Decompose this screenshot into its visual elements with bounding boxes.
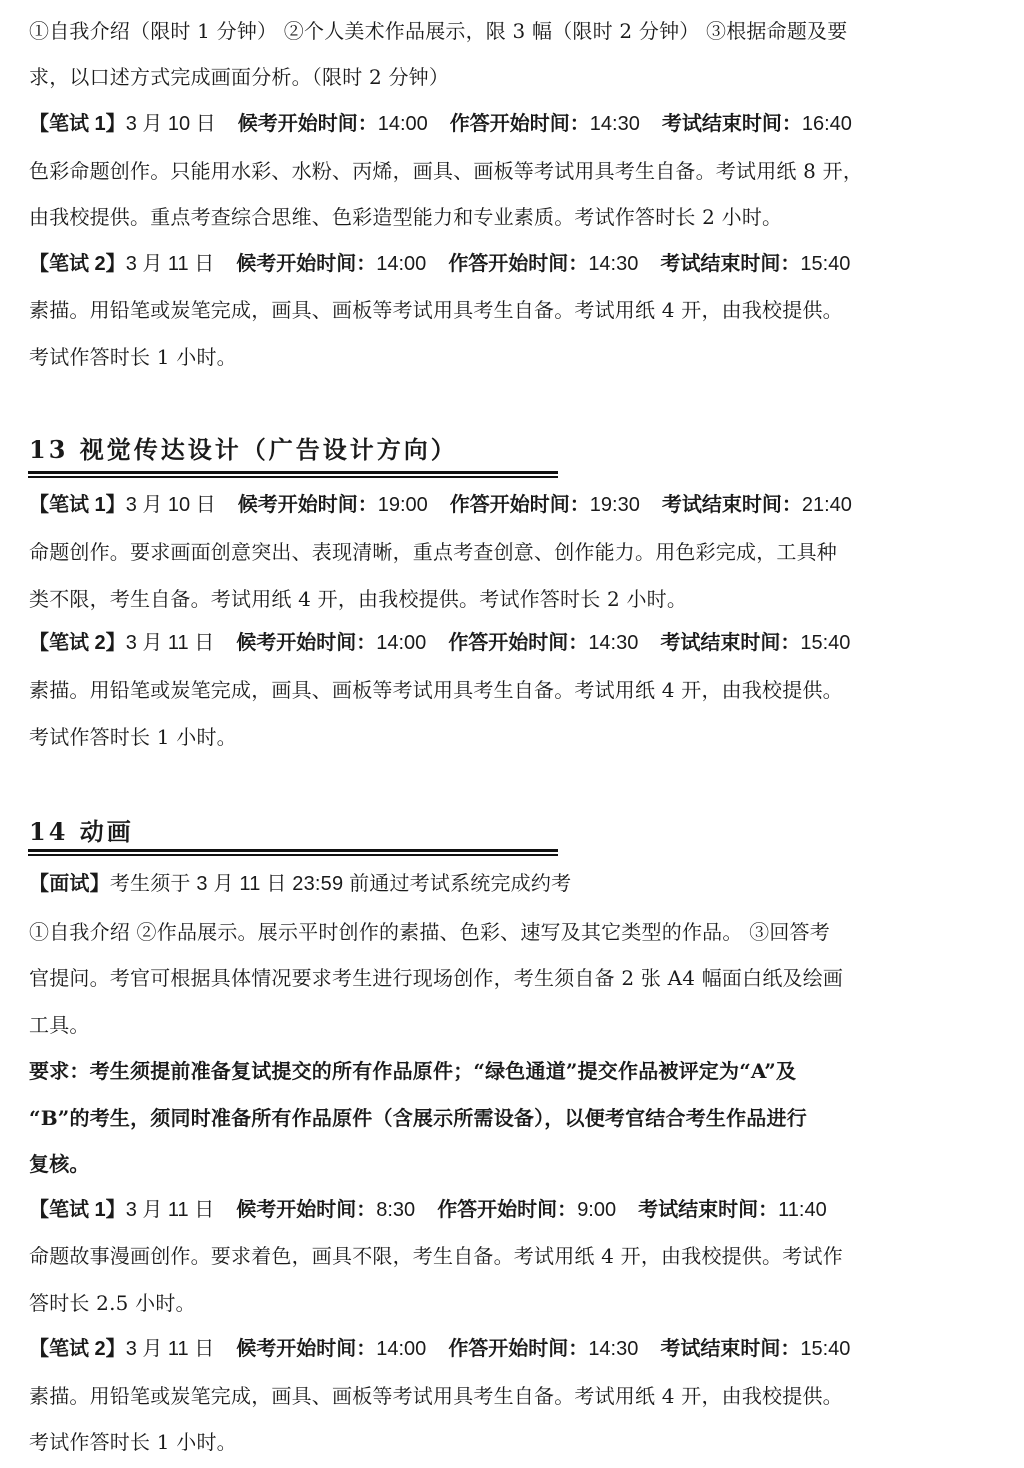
exam-end-time: 11:40 <box>778 1199 827 1221</box>
exam-schedule-row: 【笔试 2】3 月 11 日候考开始时间：14:00作答开始时间：14:30考试… <box>29 1335 995 1363</box>
exam-schedule-row: 【笔试 2】3 月 11 日候考开始时间：14:00作答开始时间：14:30考试… <box>29 629 995 657</box>
heading-underline <box>28 849 558 856</box>
document-page: ①自我介绍（限时 1 分钟） ②个人美术作品展示，限 3 幅（限时 2 分钟） … <box>0 0 1024 1468</box>
answer-start-time: 14:30 <box>588 632 638 654</box>
answer-start-label: 作答开始时间： <box>448 253 588 275</box>
requirement-line: 要求：考生须提前准备复试提交的所有作品原件；“绿色通道”提交作品被评定为“A”及 <box>29 1057 995 1085</box>
answer-start-label: 作答开始时间： <box>450 494 590 516</box>
wait-start-label: 候考开始时间： <box>236 253 376 275</box>
interview-items-line: ①自我介绍（限时 1 分钟） ②个人美术作品展示，限 3 幅（限时 2 分钟） … <box>29 17 995 45</box>
exam-schedule-row: 【笔试 1】3 月 10 日候考开始时间：19:00作答开始时间：19:30考试… <box>29 491 995 519</box>
exam-description-line: 答时长 2.5 小时。 <box>29 1289 995 1317</box>
exam-schedule-row: 【笔试 2】3 月 11 日候考开始时间：14:00作答开始时间：14:30考试… <box>29 250 995 278</box>
interview-items-line: ①自我介绍 ②作品展示。展示平时创作的素描、色彩、速写及其它类型的作品。 ③回答… <box>29 918 995 946</box>
interview-items-line: 官提问。考官可根据具体情况要求考生进行现场创作，考生须自备 2 张 A4 幅面白… <box>29 964 995 992</box>
exam-description-line: 考试作答时长 1 小时。 <box>29 343 995 371</box>
exam-date: 3 月 11 日 <box>126 253 215 275</box>
exam-tag: 【笔试 1】 <box>29 113 126 135</box>
exam-date: 3 月 11 日 <box>126 632 215 654</box>
wait-start-time: 14:00 <box>376 632 426 654</box>
section-heading: 13 视觉传达设计（广告设计方向） <box>29 433 458 467</box>
answer-start-label: 作答开始时间： <box>450 113 590 135</box>
heading-underline <box>28 471 558 478</box>
exam-description-line: 色彩命题创作。只能用水彩、水粉、丙烯，画具、画板等考试用具考生自备。考试用纸 8… <box>29 157 995 185</box>
answer-start-time: 19:30 <box>590 494 640 516</box>
section-heading: 14 动画 <box>29 815 134 849</box>
answer-start-label: 作答开始时间： <box>448 1338 588 1360</box>
exam-tag: 【笔试 1】 <box>29 1199 126 1221</box>
interview-items-line: 求，以口述方式完成画面分析。（限时 2 分钟） <box>29 63 995 91</box>
exam-date: 3 月 10 日 <box>126 113 216 135</box>
wait-start-time: 19:00 <box>378 494 428 516</box>
wait-start-label: 候考开始时间： <box>236 632 376 654</box>
answer-start-time: 14:30 <box>588 1338 638 1360</box>
exam-end-time: 16:40 <box>802 113 852 135</box>
exam-schedule-row: 【笔试 1】3 月 11 日候考开始时间：8:30作答开始时间：9:00考试结束… <box>29 1196 995 1224</box>
answer-start-label: 作答开始时间： <box>437 1199 577 1221</box>
answer-start-time: 9:00 <box>577 1199 616 1221</box>
exam-end-label: 考试结束时间： <box>662 494 802 516</box>
exam-tag: 【笔试 2】 <box>29 253 126 275</box>
wait-start-time: 14:00 <box>376 253 426 275</box>
wait-start-label: 候考开始时间： <box>236 1338 376 1360</box>
exam-end-time: 15:40 <box>800 632 850 654</box>
exam-end-time: 15:40 <box>800 1338 850 1360</box>
wait-start-time: 8:30 <box>376 1199 415 1221</box>
answer-start-time: 14:30 <box>588 253 638 275</box>
exam-description-line: 素描。用铅笔或炭笔完成，画具、画板等考试用具考生自备。考试用纸 4 开，由我校提… <box>29 1382 995 1410</box>
wait-start-label: 候考开始时间： <box>238 113 378 135</box>
exam-end-label: 考试结束时间： <box>662 113 802 135</box>
wait-start-time: 14:00 <box>376 1338 426 1360</box>
exam-description-line: 考试作答时长 1 小时。 <box>29 1428 995 1456</box>
exam-tag: 【笔试 2】 <box>29 632 126 654</box>
exam-schedule-row: 【笔试 1】3 月 10 日候考开始时间：14:00作答开始时间：14:30考试… <box>29 110 995 138</box>
exam-description-line: 考试作答时长 1 小时。 <box>29 723 995 751</box>
interview-note: 考生须于 3 月 11 日 23:59 前通过考试系统完成约考 <box>110 873 571 895</box>
requirement-line: “B”的考生，须同时准备所有作品原件（含展示所需设备），以便考官结合考生作品进行 <box>29 1104 995 1132</box>
exam-description-line: 素描。用铅笔或炭笔完成，画具、画板等考试用具考生自备。考试用纸 4 开，由我校提… <box>29 296 995 324</box>
exam-tag: 【笔试 2】 <box>29 1338 126 1360</box>
interview-items-line: 工具。 <box>29 1011 995 1039</box>
wait-start-label: 候考开始时间： <box>236 1199 376 1221</box>
exam-description-line: 素描。用铅笔或炭笔完成，画具、画板等考试用具考生自备。考试用纸 4 开，由我校提… <box>29 676 995 704</box>
exam-end-label: 考试结束时间： <box>660 632 800 654</box>
wait-start-label: 候考开始时间： <box>238 494 378 516</box>
wait-start-time: 14:00 <box>378 113 428 135</box>
exam-end-label: 考试结束时间： <box>638 1199 778 1221</box>
exam-date: 3 月 10 日 <box>126 494 216 516</box>
requirement-line: 复核。 <box>29 1150 995 1178</box>
exam-end-time: 15:40 <box>800 253 850 275</box>
exam-end-label: 考试结束时间： <box>660 253 800 275</box>
answer-start-time: 14:30 <box>590 113 640 135</box>
answer-start-label: 作答开始时间： <box>448 632 588 654</box>
interview-schedule-row: 【面试】考生须于 3 月 11 日 23:59 前通过考试系统完成约考 <box>29 870 995 898</box>
interview-tag: 【面试】 <box>29 873 110 895</box>
exam-date: 3 月 11 日 <box>126 1338 215 1360</box>
exam-description-line: 命题故事漫画创作。要求着色，画具不限，考生自备。考试用纸 4 开，由我校提供。考… <box>29 1242 995 1270</box>
exam-end-label: 考试结束时间： <box>660 1338 800 1360</box>
exam-description-line: 类不限，考生自备。考试用纸 4 开，由我校提供。考试作答时长 2 小时。 <box>29 585 995 613</box>
exam-end-time: 21:40 <box>802 494 852 516</box>
exam-tag: 【笔试 1】 <box>29 494 126 516</box>
exam-date: 3 月 11 日 <box>126 1199 215 1221</box>
exam-description-line: 命题创作。要求画面创意突出、表现清晰，重点考查创意、创作能力。用色彩完成，工具种 <box>29 538 995 566</box>
exam-description-line: 由我校提供。重点考查综合思维、色彩造型能力和专业素质。考试作答时长 2 小时。 <box>29 203 995 231</box>
